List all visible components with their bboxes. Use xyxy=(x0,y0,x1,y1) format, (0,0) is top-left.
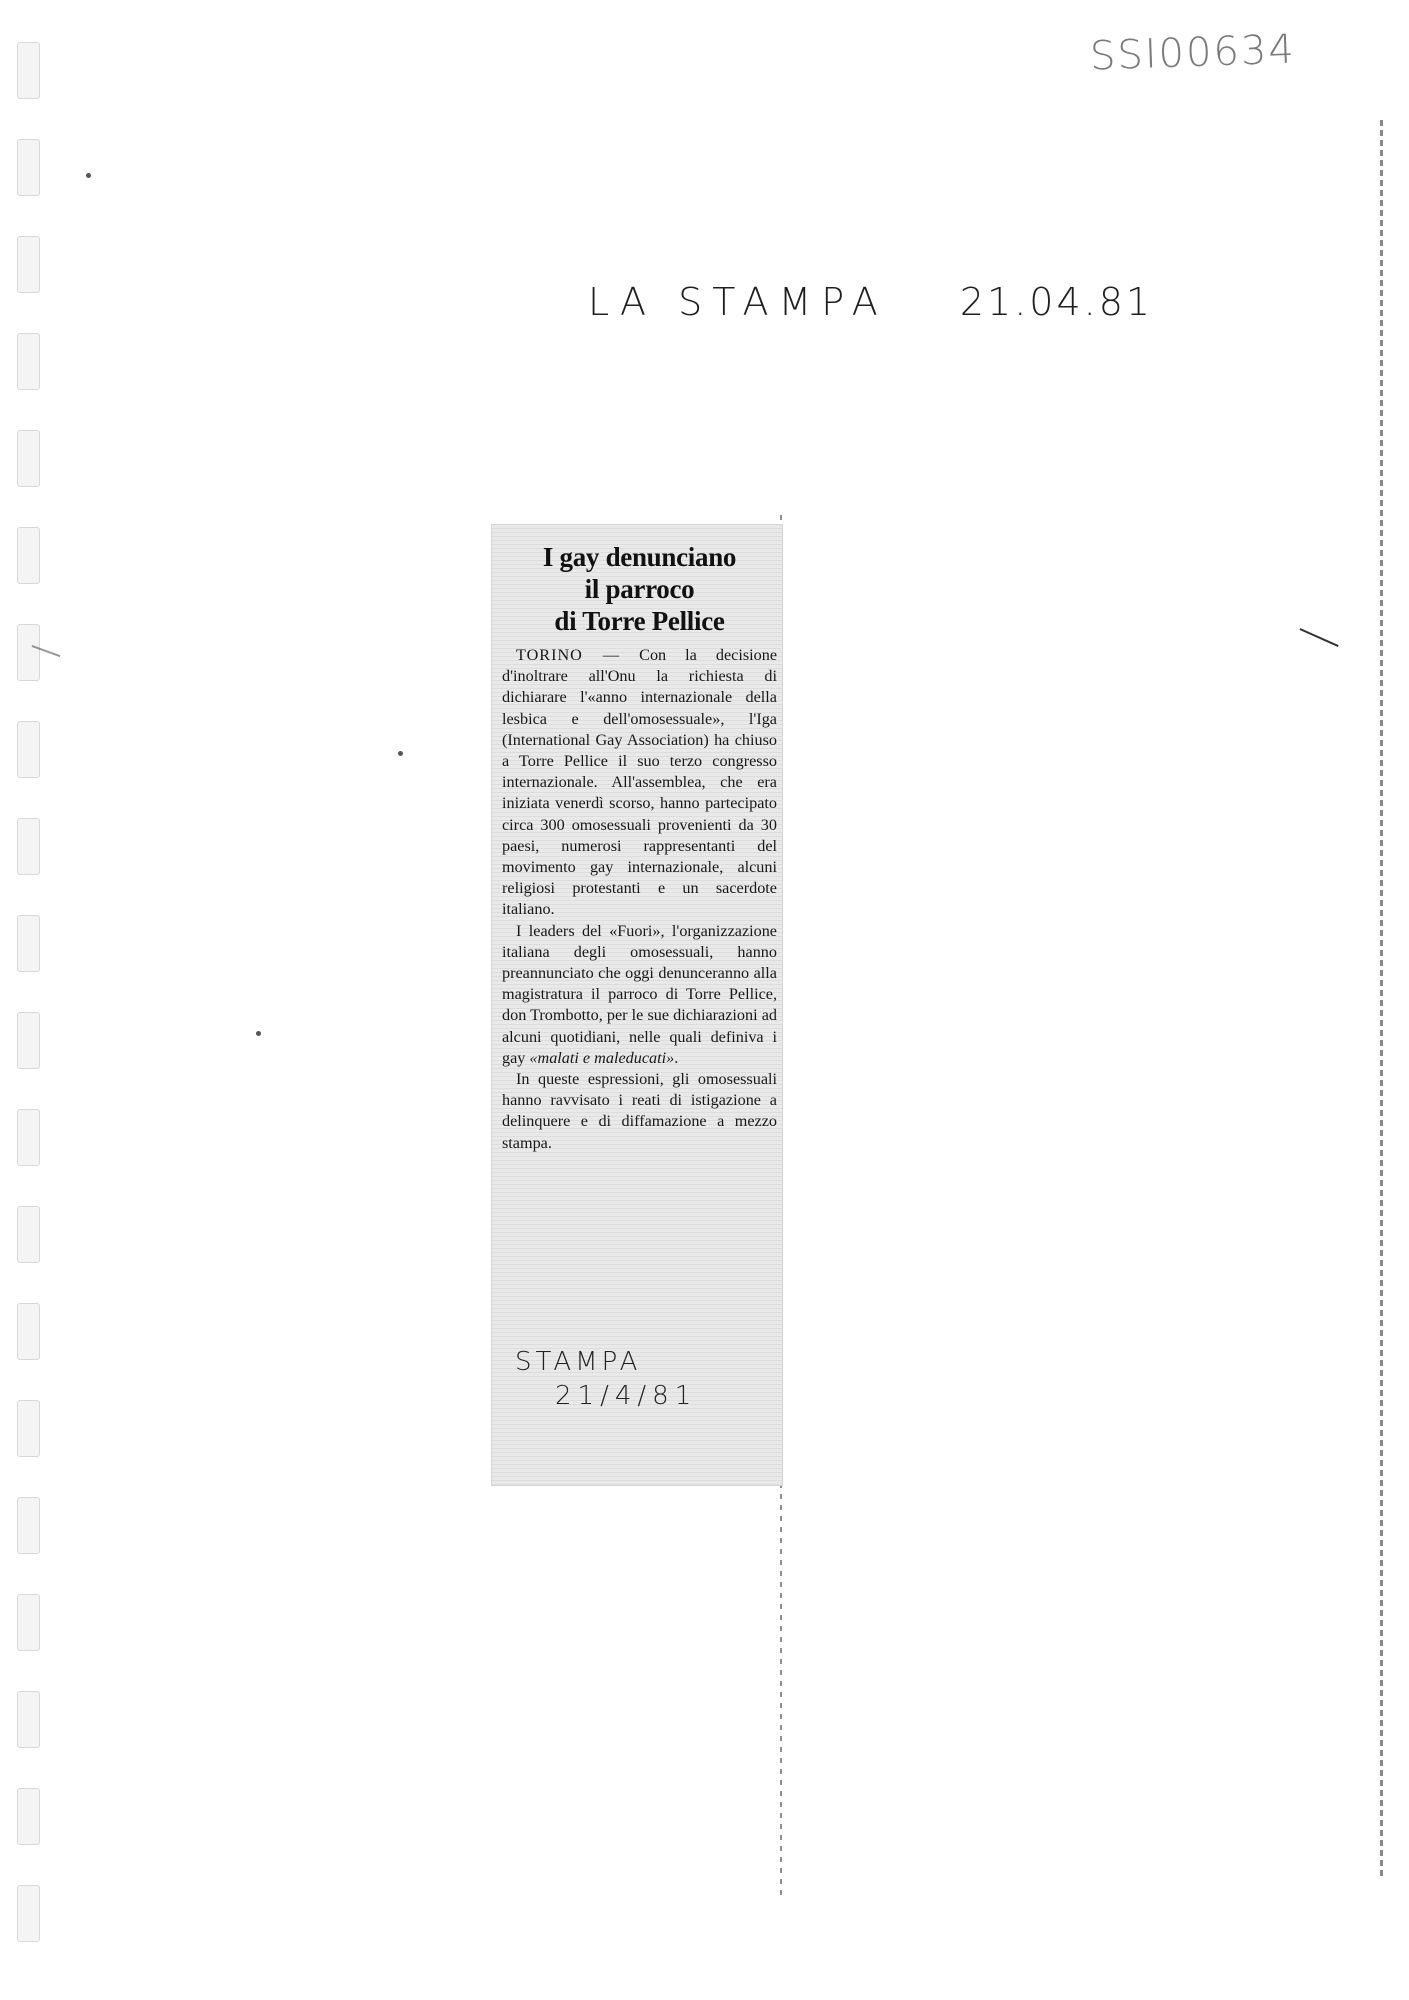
headline-line: il parroco xyxy=(502,573,777,605)
article-paragraph: TORINO — Con la decisione d'inoltrare al… xyxy=(502,645,777,921)
headline: I gay denunciano il parroco di Torre Pel… xyxy=(502,541,777,637)
binder-hole xyxy=(17,721,40,778)
paragraph-text: Con la decisione d'inoltrare all'Onu la … xyxy=(502,646,777,918)
binder-hole xyxy=(17,430,40,487)
binder-hole xyxy=(17,624,40,681)
article-paragraph: In queste espressioni, gli omosessuali h… xyxy=(502,1069,777,1154)
source-publication: LA STAMPA xyxy=(588,280,888,324)
binder-hole xyxy=(17,1400,40,1457)
binder-hole xyxy=(17,915,40,972)
quote-suffix: . xyxy=(674,1049,678,1067)
article-paragraph: I leaders del «Fuori», l'organizzazione … xyxy=(502,921,777,1069)
binder-hole xyxy=(17,1691,40,1748)
newspaper-clipping: I gay denunciano il parroco di Torre Pel… xyxy=(492,525,782,1485)
source-date: 21.04.81 xyxy=(960,280,1153,324)
quote-italic: «malati e maleducati» xyxy=(529,1049,674,1067)
headline-line: I gay denunciano xyxy=(502,541,777,573)
scan-page-edge xyxy=(1380,120,1383,1880)
headline-line: di Torre Pellice xyxy=(502,605,777,637)
binder-hole xyxy=(17,1497,40,1554)
scan-mark xyxy=(1300,628,1339,646)
binder-hole xyxy=(17,1885,40,1942)
binder-hole xyxy=(17,42,40,99)
binder-hole xyxy=(17,1109,40,1166)
handnote-source: STAMPA xyxy=(515,1345,735,1379)
binder-hole xyxy=(17,1303,40,1360)
article-body: TORINO — Con la decisione d'inoltrare al… xyxy=(502,645,777,1154)
binder-hole xyxy=(17,333,40,390)
binder-hole xyxy=(17,139,40,196)
paragraph-text: I leaders del «Fuori», l'organizzazione … xyxy=(502,922,777,1067)
scan-speck xyxy=(86,173,91,178)
archive-code: SSI00634 xyxy=(1089,26,1296,79)
binder-hole xyxy=(17,1788,40,1845)
binder-hole xyxy=(17,236,40,293)
scan-speck xyxy=(256,1031,261,1036)
source-note: LA STAMPA 21.04.81 xyxy=(588,280,1108,324)
binder-hole xyxy=(17,527,40,584)
handnote-date: 21/4/81 xyxy=(515,1379,735,1413)
binder-hole xyxy=(17,1012,40,1069)
dateline: TORINO — xyxy=(516,646,620,664)
binder-hole xyxy=(17,1594,40,1651)
scan-speck xyxy=(398,751,403,756)
binder-hole xyxy=(17,818,40,875)
paragraph-text: In queste espressioni, gli omosessuali h… xyxy=(502,1070,777,1152)
binder-hole xyxy=(17,1206,40,1263)
handwritten-annotation: STAMPA 21/4/81 xyxy=(515,1345,735,1413)
